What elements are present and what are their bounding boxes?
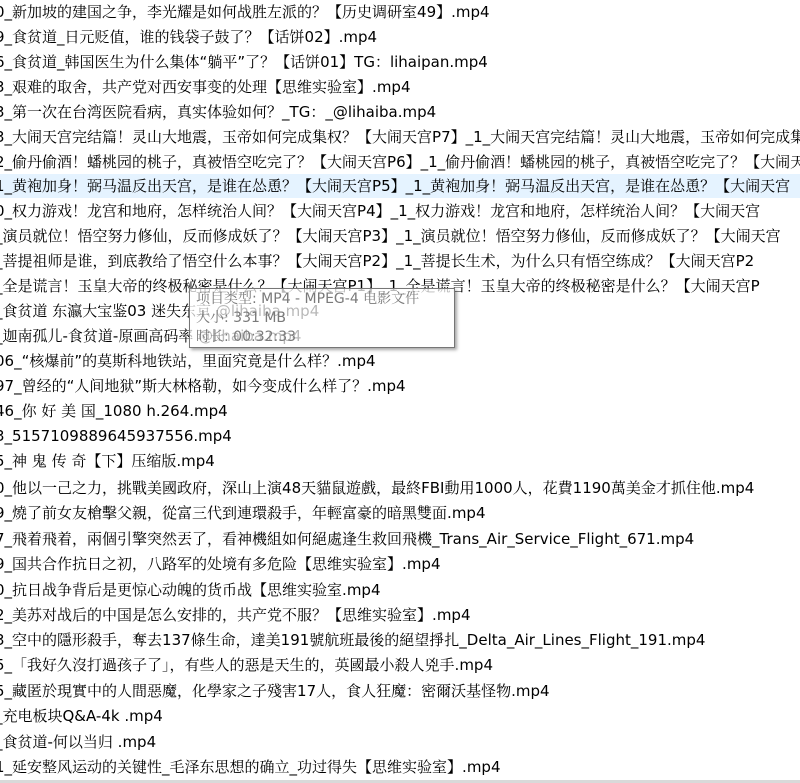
file-info-tooltip: 项目类型: MP4 - MPEG-4 电影文件 大小: 331 MB 时长: 0… — [189, 288, 455, 348]
file-row[interactable]: 3_艰难的取舍，共产党对西安事变的处理【思维实验室】.mp4 — [0, 75, 800, 99]
tooltip-size: 大小: 331 MB — [196, 309, 448, 328]
file-name: 5_藏匿於現實中的人間惡魔，化學家之子殘害17人，食人狂魔：密爾沃基怪物.mp4 — [0, 679, 550, 703]
file-name: 3_艰难的取舍，共产党对西安事变的处理【思维实验室】.mp4 — [0, 75, 411, 99]
file-row[interactable]: 0_新加坡的建国之争，李光耀是如何战胜左派的？【历史调研室49】.mp4 — [0, 0, 800, 24]
file-row[interactable]: _食贫道-何以当归 .mp4 — [0, 730, 800, 754]
file-name: 97_曾经的“人间地狱”斯大林格勒，如今变成什么样了？.mp4 — [0, 374, 406, 398]
file-row[interactable]: _菩提祖师是谁，到底教给了悟空什么本事？【大闹天宫P2】_1_菩提长生术，为什么… — [0, 249, 800, 273]
file-row[interactable]: 3_第一次在台湾医院看病，真实体验如何？_TG：_@lihaiba.mp4 — [0, 100, 800, 124]
file-name: 1_黄袍加身！弼马温反出天宫，是谁在怂恿？【大闹天宫P5】_1_黄袍加身！弼马温… — [0, 174, 790, 198]
file-name: 5_「我好久沒打過孩子了」，有些人的惡是天生的，英國最小殺人兇手.mp4 — [0, 653, 493, 677]
file-name: 7_飛着飛着，兩個引擎突然丟了，看神機組如何絕處逢生救回飛機_Trans_Air… — [0, 527, 694, 551]
file-name: 9_食贫道_日元贬值，谁的钱袋子鼓了？【话饼02】.mp4 — [0, 25, 377, 49]
file-name: 06_“核爆前”的莫斯科地铁站，里面究竟是什么样？.mp4 — [0, 349, 376, 373]
file-row[interactable]: 3_空中的隱形殺手，奪去137條生命，達美191號航班最後的絕望掙扎_Delta… — [0, 628, 800, 652]
file-name: 3_第一次在台湾医院看病，真实体验如何？_TG：_@lihaiba.mp4 — [0, 100, 436, 124]
file-name: 0_他以一己之力，挑戰美國政府，深山上演48天貓鼠遊戲，最終FBI動用1000人… — [0, 476, 754, 500]
file-name: 0_权力游戏！龙宫和地府，怎样统治人间？【大闹天宫P4】_1_权力游戏！龙宫和地… — [0, 199, 760, 223]
file-row[interactable]: 3_5157109889645937556.mp4 — [0, 424, 800, 448]
file-row[interactable]: 0_他以一己之力，挑戰美國政府，深山上演48天貓鼠遊戲，最終FBI動用1000人… — [0, 476, 800, 500]
file-row[interactable]: 6_食贫道_韩国医生为什么集体“躺平”了？【话饼01】TG：lihaipan.m… — [0, 50, 800, 74]
file-name: 9_燒了前女友槍擊父親，從富三代到連環殺手，年輕富豪的暗黑雙面.mp4 — [0, 501, 486, 525]
file-name: _食贫道-何以当归 .mp4 — [0, 730, 156, 754]
file-name: 5_神 鬼 传 奇【下】压缩版.mp4 — [0, 449, 215, 473]
file-name: _充电板块Q&A-4k .mp4 — [0, 704, 163, 728]
file-name: 2_美苏对战后的中国是怎么安排的，共产党不服？【思维实验室】.mp4 — [0, 603, 471, 627]
file-row[interactable]: 0_权力游戏！龙宫和地府，怎样统治人间？【大闹天宫P4】_1_权力游戏！龙宫和地… — [0, 199, 800, 223]
file-row[interactable]: 46_你 好 美 国_1080 h.264.mp4 — [0, 399, 800, 423]
file-row[interactable]: 9_食贫道_日元贬值，谁的钱袋子鼓了？【话饼02】.mp4 — [0, 25, 800, 49]
file-row[interactable]: 3_大闹天宫完结篇！灵山大地震，玉帝如何完成集权？【大闹天宫P7】_1_大闹天宫… — [0, 125, 800, 149]
file-name: 3_空中的隱形殺手，奪去137條生命，達美191號航班最後的絕望掙扎_Delta… — [0, 628, 705, 652]
file-row[interactable]: 06_“核爆前”的莫斯科地铁站，里面究竟是什么样？.mp4 — [0, 349, 800, 373]
file-row[interactable]: 9_燒了前女友槍擊父親，從富三代到連環殺手，年輕富豪的暗黑雙面.mp4 — [0, 501, 800, 525]
file-row[interactable]: 7_飛着飛着，兩個引擎突然丟了，看神機組如何絕處逢生救回飛機_Trans_Air… — [0, 527, 800, 551]
file-name: 3_大闹天宫完结篇！灵山大地震，玉帝如何完成集权？【大闹天宫P7】_1_大闹天宫… — [0, 125, 800, 149]
file-row[interactable]: 2_偷丹偷酒！蟠桃园的桃子，真被悟空吃完了？【大闹天宫P6】_1_偷丹偷酒！蟠桃… — [0, 150, 800, 174]
file-row[interactable]: 9_国共合作抗日之初，八路军的处境有多危险【思维实验室】.mp4 — [0, 552, 800, 576]
file-name: 0_新加坡的建国之争，李光耀是如何战胜左派的？【历史调研室49】.mp4 — [0, 0, 490, 24]
file-name: 46_你 好 美 国_1080 h.264.mp4 — [0, 399, 228, 423]
file-name: _演员就位！悟空努力修仙，反而修成妖了？【大闹天宫P3】_1_演员就位！悟空努力… — [0, 224, 781, 248]
tooltip-duration: 时长: 00:32:33 — [196, 328, 448, 347]
file-name: 3_5157109889645937556.mp4 — [0, 424, 232, 448]
file-row[interactable]: 1_延安整风运动的关键性_毛泽东思想的确立_功过得失【思维实验室】.mp4 — [0, 755, 800, 779]
file-name: 9_国共合作抗日之初，八路军的处境有多危险【思维实验室】.mp4 — [0, 552, 441, 576]
file-list: 0_新加坡的建国之争，李光耀是如何战胜左派的？【历史调研室49】.mp4 9_食… — [0, 0, 800, 780]
file-row[interactable]: 2_美苏对战后的中国是怎么安排的，共产党不服？【思维实验室】.mp4 — [0, 603, 800, 627]
tooltip-type: 项目类型: MP4 - MPEG-4 电影文件 — [196, 290, 448, 309]
file-name: _菩提祖师是谁，到底教给了悟空什么本事？【大闹天宫P2】_1_菩提长生术，为什么… — [0, 249, 754, 273]
file-name: 2_偷丹偷酒！蟠桃园的桃子，真被悟空吃完了？【大闹天宫P6】_1_偷丹偷酒！蟠桃… — [0, 150, 800, 174]
file-row[interactable]: 0_抗日战争背后是更惊心动魄的货币战【思维实验室.mp4 — [0, 578, 800, 602]
file-name: 1_延安整风运动的关键性_毛泽东思想的确立_功过得失【思维实验室】.mp4 — [0, 755, 501, 779]
file-row[interactable]: 5_神 鬼 传 奇【下】压缩版.mp4 — [0, 449, 800, 473]
file-row[interactable]: 5_「我好久沒打過孩子了」，有些人的惡是天生的，英國最小殺人兇手.mp4 — [0, 653, 800, 677]
file-row[interactable]: 5_藏匿於現實中的人間惡魔，化學家之子殘害17人，食人狂魔：密爾沃基怪物.mp4 — [0, 679, 800, 703]
file-name: 0_抗日战争背后是更惊心动魄的货币战【思维实验室.mp4 — [0, 578, 381, 602]
file-row-selected[interactable]: 1_黄袍加身！弼马温反出天宫，是谁在怂恿？【大闹天宫P5】_1_黄袍加身！弼马温… — [0, 174, 800, 198]
file-row[interactable]: 97_曾经的“人间地狱”斯大林格勒，如今变成什么样了？.mp4 — [0, 374, 800, 398]
file-row[interactable]: _充电板块Q&A-4k .mp4 — [0, 704, 800, 728]
file-name: 6_食贫道_韩国医生为什么集体“躺平”了？【话饼01】TG：lihaipan.m… — [0, 50, 488, 74]
file-row[interactable]: _演员就位！悟空努力修仙，反而修成妖了？【大闹天宫P3】_1_演员就位！悟空努力… — [0, 224, 800, 248]
